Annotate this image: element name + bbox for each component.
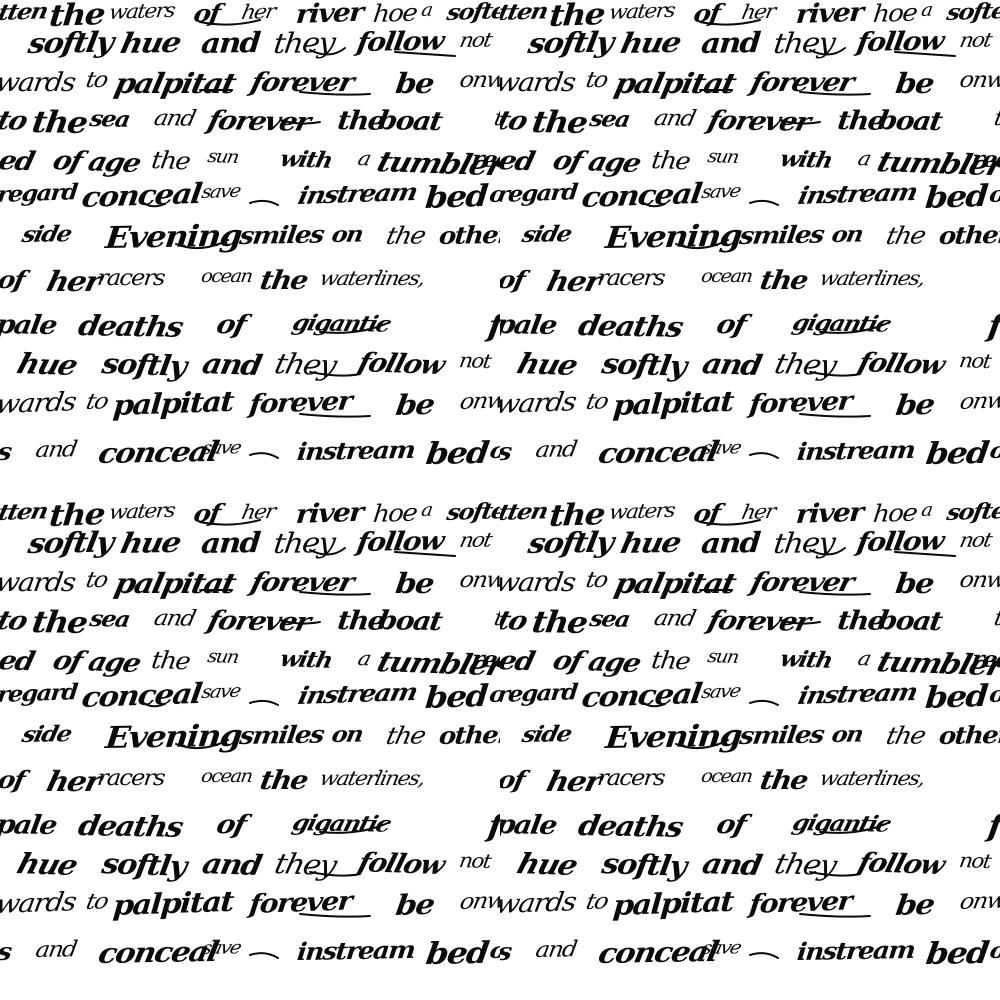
handwritten-word: palpitat — [112, 570, 237, 598]
handwritten-word: a — [920, 502, 933, 520]
handwritten-word: side — [520, 223, 573, 246]
handwritten-word: and — [200, 850, 263, 880]
handwritten-word: hue — [618, 529, 683, 558]
handwritten-word: on — [830, 223, 864, 246]
handwritten-word: palpitat — [612, 70, 737, 98]
handwritten-word: be — [394, 391, 435, 420]
handwritten-word: o — [988, 184, 1000, 206]
handwritten-word: wards — [0, 889, 77, 918]
handwritten-word: with — [778, 148, 834, 172]
handwritten-word: of — [714, 812, 747, 838]
handwritten-word: a — [356, 148, 372, 168]
handwritten-word: conceal — [580, 180, 703, 212]
handwritten-word: softly — [100, 850, 188, 881]
handwritten-word: a — [856, 648, 872, 668]
handwritten-word: o — [488, 684, 500, 706]
pattern-tile: ttenthewatersofherriverhoeasoftensoftlyh… — [0, 500, 500, 1000]
handwritten-word: save — [700, 439, 742, 458]
handwritten-word: instream — [796, 180, 919, 208]
handwritten-word: of age — [550, 648, 643, 677]
handwritten-word: f — [986, 312, 1000, 342]
handwritten-word: pale — [0, 312, 58, 339]
handwritten-word: racers — [596, 268, 665, 290]
handwritten-word: her — [544, 268, 603, 296]
handwritten-word: and — [152, 108, 196, 131]
handwritten-word: f — [486, 812, 500, 842]
handwritten-word: gigantic — [290, 812, 392, 836]
handwritten-word: boat — [876, 608, 943, 635]
handwritten-word: river — [295, 0, 363, 28]
handwritten-word: be — [394, 891, 435, 920]
handwritten-word: river — [795, 0, 863, 28]
handwritten-word: red — [470, 648, 500, 671]
handwritten-word: hoe — [372, 1, 417, 26]
handwritten-word: Evening — [604, 222, 742, 254]
handwritten-word: they — [772, 29, 836, 58]
handwritten-word: deaths — [76, 812, 184, 842]
handwritten-word: be — [894, 570, 935, 598]
handwritten-word: a — [856, 148, 872, 168]
handwritten-word: bed — [924, 939, 989, 970]
handwritten-word: soften — [445, 0, 500, 24]
handwritten-word: bed — [424, 939, 489, 970]
handwritten-word: palpitat — [112, 388, 234, 420]
handwritten-word: save — [700, 939, 742, 958]
handwritten-word: a — [356, 648, 372, 668]
handwritten-word: a — [420, 502, 433, 520]
handwritten-word: her — [44, 768, 103, 796]
handwritten-word: ocean — [700, 768, 753, 786]
handwritten-word: Evening — [104, 222, 242, 254]
handwritten-word: of — [692, 501, 721, 526]
handwritten-word: the — [258, 768, 309, 794]
handwritten-word: hue — [14, 350, 80, 380]
handwritten-word: to — [584, 70, 609, 92]
handwritten-word: ocean — [200, 268, 253, 286]
handwritten-word: the — [150, 148, 191, 173]
handwritten-word: they — [772, 529, 836, 558]
handwritten-word: instream — [796, 938, 915, 964]
handwritten-word: the — [884, 223, 927, 248]
handwritten-word: wards — [500, 70, 576, 96]
handwritten-word: follow — [355, 29, 445, 56]
handwritten-word: the — [150, 648, 191, 673]
handwritten-word: not — [458, 350, 491, 371]
handwritten-word: with — [278, 648, 334, 672]
handwritten-word: boat — [376, 108, 443, 135]
handwritten-word: tten — [0, 500, 49, 524]
handwritten-word: sun — [206, 148, 239, 167]
handwritten-word: gigantic — [790, 312, 892, 336]
handwritten-word: softly — [26, 529, 115, 558]
handwritten-word: the — [530, 608, 588, 639]
handwritten-word: on — [330, 723, 364, 746]
handwritten-word: of — [500, 268, 526, 292]
handwritten-word: follow — [355, 529, 445, 556]
handwritten-word: follow — [855, 350, 947, 379]
handwritten-word: and — [200, 350, 263, 380]
handwritten-word: onwards — [958, 389, 1000, 414]
handwritten-word: to — [500, 608, 529, 634]
handwritten-word: save — [200, 183, 241, 202]
handwritten-word: and — [700, 29, 760, 58]
handwritten-word: palpitat — [612, 388, 734, 420]
handwritten-word: softly — [26, 29, 115, 58]
handwritten-word: forever — [248, 570, 356, 596]
handwritten-word: forever — [748, 570, 856, 596]
handwritten-word: deaths — [76, 312, 184, 342]
handwritten-word: river — [295, 500, 363, 528]
handwritten-word: bed — [924, 182, 988, 214]
handwritten-word: softly — [526, 29, 615, 58]
handwritten-word: her — [740, 501, 776, 522]
handwritten-word: palpitat — [612, 570, 737, 598]
handwritten-word: not — [958, 350, 991, 371]
handwritten-word: not — [958, 529, 993, 550]
handwritten-word: f — [486, 312, 500, 342]
handwritten-word: red — [470, 148, 500, 171]
handwritten-word: o — [988, 440, 1000, 462]
handwritten-word: the — [530, 108, 588, 139]
handwritten-word: they — [772, 850, 838, 880]
handwritten-word: waterlines, — [818, 268, 926, 288]
handwritten-word: boat — [376, 608, 443, 635]
handwritten-word: Evening — [604, 722, 742, 754]
handwritten-word: and — [534, 939, 577, 962]
handwritten-word: the — [650, 648, 691, 673]
handwritten-word: instream — [796, 438, 915, 464]
handwritten-word: pale — [500, 312, 558, 339]
handwritten-word: hoe — [372, 501, 417, 526]
handwritten-word: forever — [248, 388, 352, 418]
handwritten-word: and — [700, 350, 763, 380]
handwritten-word: instream — [796, 680, 919, 708]
handwritten-word: red — [970, 148, 1000, 171]
handwritten-word: sun — [706, 648, 739, 667]
handwritten-word: to — [0, 108, 29, 134]
handwritten-word: o — [988, 684, 1000, 706]
handwritten-word: and — [200, 529, 260, 558]
handwritten-word: other — [438, 223, 500, 248]
handwritten-word: her — [240, 1, 276, 22]
handwritten-word: o — [488, 440, 500, 462]
handwritten-word: to — [84, 570, 109, 592]
handwritten-word: the — [884, 723, 927, 748]
handwritten-word: be — [894, 391, 935, 420]
handwritten-word: deaths — [576, 312, 684, 342]
handwritten-word: f — [986, 812, 1000, 842]
handwritten-word: the — [30, 608, 88, 639]
handwritten-word: save — [700, 683, 741, 702]
handwritten-word: pale — [0, 812, 58, 839]
handwritten-word: not — [458, 529, 493, 550]
handwritten-word: side — [20, 723, 73, 746]
handwritten-word: save — [200, 439, 242, 458]
handwritten-word: sun — [206, 648, 239, 667]
handwritten-word: onwards — [458, 70, 500, 92]
handwritten-word: the — [758, 768, 809, 794]
handwritten-word: regard — [0, 181, 78, 206]
handwritten-word: the — [30, 108, 88, 139]
handwritten-word: onwards — [458, 570, 500, 592]
handwritten-word: instream — [296, 180, 419, 208]
handwritten-word: of age — [50, 648, 143, 677]
handwritten-word: t — [992, 108, 1000, 130]
handwritten-word: smiles — [738, 723, 825, 748]
handwritten-word: and — [34, 439, 77, 462]
handwritten-word: waterlines, — [318, 768, 426, 788]
handwritten-word: conceal — [80, 680, 203, 712]
handwritten-word: be — [894, 891, 935, 920]
handwritten-word: follow — [855, 29, 945, 56]
handwritten-word: hue — [514, 850, 580, 880]
handwritten-word: s — [0, 940, 12, 964]
handwritten-word: and — [34, 939, 77, 962]
handwritten-word: pale — [500, 812, 558, 839]
handwritten-word: a — [420, 2, 433, 20]
handwritten-word: follow — [355, 850, 447, 879]
handwritten-word: waterlines, — [818, 768, 926, 788]
handwritten-word: waters — [108, 500, 175, 522]
handwritten-word: waterlines, — [318, 268, 426, 288]
handwritten-word: of — [192, 1, 221, 26]
handwritten-word: to — [84, 891, 109, 914]
handwritten-word: racers — [96, 268, 165, 290]
handwritten-word: ocean — [200, 768, 253, 786]
handwritten-word: sea — [88, 608, 131, 631]
handwritten-word: gigantic — [290, 312, 392, 336]
handwritten-word: of — [192, 501, 221, 526]
handwritten-word: the — [384, 723, 427, 748]
handwritten-word: forever — [705, 608, 812, 636]
handwritten-word: palpitat — [612, 888, 734, 920]
handwritten-word: hue — [118, 529, 183, 558]
handwritten-word: and — [700, 529, 760, 558]
handwritten-word: with — [278, 148, 334, 172]
handwritten-word: sea — [88, 108, 131, 131]
handwritten-word: instream — [296, 680, 419, 708]
handwritten-word: palpitat — [112, 70, 237, 98]
handwritten-word: they — [272, 529, 336, 558]
handwritten-word: her — [740, 1, 776, 22]
handwritten-word: wards — [500, 389, 577, 418]
handwritten-word: forever — [205, 608, 312, 636]
handwritten-word: the — [258, 268, 309, 294]
handwritten-word: of — [692, 1, 721, 26]
handwritten-word: of age — [550, 148, 643, 177]
handwritten-word: bed — [924, 439, 989, 470]
handwritten-word: hue — [514, 350, 580, 380]
handwritten-word: to — [84, 391, 109, 414]
pattern-tile: ttenthewatersofherriverhoeasoftensoftlyh… — [500, 500, 1000, 1000]
handwritten-word: on — [330, 223, 364, 246]
handwritten-word: wards — [0, 389, 77, 418]
handwritten-word: hue — [618, 29, 683, 58]
handwritten-word: onwards — [958, 889, 1000, 914]
handwritten-word: be — [394, 570, 435, 598]
handwritten-word: and — [534, 439, 577, 462]
handwritten-word: red — [970, 648, 1000, 671]
handwritten-word: to — [0, 608, 29, 634]
handwritten-word: hoe — [872, 501, 917, 526]
handwritten-word: they — [772, 350, 838, 380]
handwritten-word: soften — [445, 500, 500, 524]
handwritten-word: other — [438, 723, 500, 748]
handwritten-word: boat — [876, 108, 943, 135]
handwritten-word: forever — [248, 70, 356, 96]
handwritten-word: conceal — [80, 180, 203, 212]
handwritten-word: forever — [205, 108, 312, 136]
handwritten-word: other — [938, 723, 1000, 748]
handwritten-word: racers — [96, 768, 165, 790]
handwritten-word: instream — [296, 438, 415, 464]
handwritten-word: and — [700, 850, 763, 880]
handwritten-word: side — [20, 223, 73, 246]
handwritten-word: on — [830, 723, 864, 746]
handwritten-word: the — [758, 268, 809, 294]
handwritten-word: sea — [588, 608, 631, 631]
handwritten-word: o — [488, 184, 500, 206]
handwritten-word: they — [272, 350, 338, 380]
handwritten-word: conceal — [580, 680, 703, 712]
handwritten-word: of — [214, 812, 247, 838]
handwritten-word: ed — [500, 648, 536, 675]
handwritten-word: and — [152, 608, 196, 631]
handwritten-word: follow — [855, 529, 945, 556]
handwritten-word: hue — [118, 29, 183, 58]
handwritten-word: forever — [705, 108, 812, 136]
handwritten-word: to — [584, 391, 609, 414]
handwritten-word: forever — [748, 388, 852, 418]
handwritten-word: gigantic — [790, 812, 892, 836]
handwritten-word: tten — [500, 500, 549, 524]
handwritten-word: forever — [748, 888, 852, 918]
handwritten-word: her — [240, 501, 276, 522]
handwritten-word: onwards — [458, 389, 500, 414]
handwritten-word: wards — [0, 570, 76, 596]
handwriting-pattern: ttenthewatersofherriverhoeasoftensoftlyh… — [0, 0, 1000, 1000]
handwritten-word: palpitat — [112, 888, 234, 920]
handwritten-word: racers — [596, 768, 665, 790]
handwritten-word: s — [0, 440, 12, 464]
handwritten-word: ocean — [700, 268, 753, 286]
pattern-tile: ttenthewatersofherriverhoeasoftensoftlyh… — [500, 0, 1000, 500]
handwritten-word: her — [44, 268, 103, 296]
handwritten-word: regard — [0, 681, 78, 706]
handwritten-word: and — [652, 108, 696, 131]
handwritten-word: t — [992, 608, 1000, 630]
handwritten-word: hoe — [872, 1, 917, 26]
handwritten-word: smiles — [238, 723, 325, 748]
handwritten-word: o — [988, 940, 1000, 962]
handwritten-word: save — [200, 683, 241, 702]
handwritten-word: sea — [588, 108, 631, 131]
handwritten-word: not — [958, 850, 991, 871]
handwritten-word: softly — [526, 529, 615, 558]
handwritten-word: of — [214, 312, 247, 338]
handwritten-word: not — [458, 850, 491, 871]
handwritten-word: waters — [608, 0, 675, 22]
handwritten-word: be — [894, 70, 935, 98]
handwritten-word: sun — [706, 148, 739, 167]
handwritten-word: follow — [355, 350, 447, 379]
handwritten-word: t — [492, 108, 500, 130]
handwritten-word: softly — [600, 850, 688, 881]
pattern-tile: ttenthewatersofherriverhoeasoftensoftlyh… — [0, 0, 500, 500]
handwritten-word: of — [0, 768, 26, 792]
handwritten-word: with — [778, 648, 834, 672]
handwritten-word: onwards — [958, 70, 1000, 92]
handwritten-word: the — [650, 148, 691, 173]
handwritten-word: deaths — [576, 812, 684, 842]
handwritten-word: regard — [500, 681, 578, 706]
handwritten-word: onwards — [958, 570, 1000, 592]
handwritten-word: save — [200, 939, 242, 958]
handwritten-word: waters — [108, 0, 175, 22]
handwritten-word: Evening — [104, 722, 242, 754]
handwritten-word: follow — [855, 850, 947, 879]
handwritten-word: of — [0, 268, 26, 292]
handwritten-word: not — [958, 29, 993, 50]
handwritten-word: softly — [600, 350, 688, 381]
handwritten-word: wards — [500, 570, 576, 596]
handwritten-word: t — [492, 608, 500, 630]
handwritten-word: the — [384, 223, 427, 248]
handwritten-word: side — [520, 723, 573, 746]
handwritten-word: soften — [945, 0, 1000, 24]
handwritten-word: bed — [924, 682, 988, 714]
handwritten-word: a — [920, 2, 933, 20]
handwritten-word: her — [544, 768, 603, 796]
handwritten-word: s — [500, 440, 512, 464]
handwritten-word: smiles — [738, 223, 825, 248]
handwritten-word: to — [584, 891, 609, 914]
handwritten-word: wards — [0, 70, 76, 96]
handwritten-word: wards — [500, 889, 577, 918]
handwritten-word: soften — [945, 500, 1000, 524]
handwritten-word: save — [700, 183, 741, 202]
handwritten-word: regard — [500, 181, 578, 206]
handwritten-word: o — [488, 940, 500, 962]
handwritten-word: they — [272, 850, 338, 880]
handwritten-word: to — [84, 70, 109, 92]
handwritten-word: be — [394, 70, 435, 98]
handwritten-word: instream — [296, 938, 415, 964]
handwritten-word: forever — [748, 70, 856, 96]
handwritten-word: bed — [424, 682, 488, 714]
handwritten-word: bed — [424, 182, 488, 214]
handwritten-word: ed — [0, 148, 36, 175]
handwritten-word: ed — [500, 148, 536, 175]
handwritten-word: onwards — [458, 889, 500, 914]
handwritten-word: and — [200, 29, 260, 58]
handwritten-word: ed — [0, 648, 36, 675]
handwritten-word: of — [500, 768, 526, 792]
handwritten-word: tten — [500, 0, 549, 24]
handwritten-word: bed — [424, 439, 489, 470]
handwritten-word: and — [652, 608, 696, 631]
handwritten-word: to — [500, 108, 529, 134]
handwritten-word: other — [938, 223, 1000, 248]
handwritten-word: softly — [100, 350, 188, 381]
handwritten-word: forever — [248, 888, 352, 918]
handwritten-word: smiles — [238, 223, 325, 248]
handwritten-word: of age — [50, 148, 143, 177]
handwritten-word: they — [272, 29, 336, 58]
handwritten-word: river — [795, 500, 863, 528]
handwritten-word: to — [584, 570, 609, 592]
handwritten-word: waters — [608, 500, 675, 522]
